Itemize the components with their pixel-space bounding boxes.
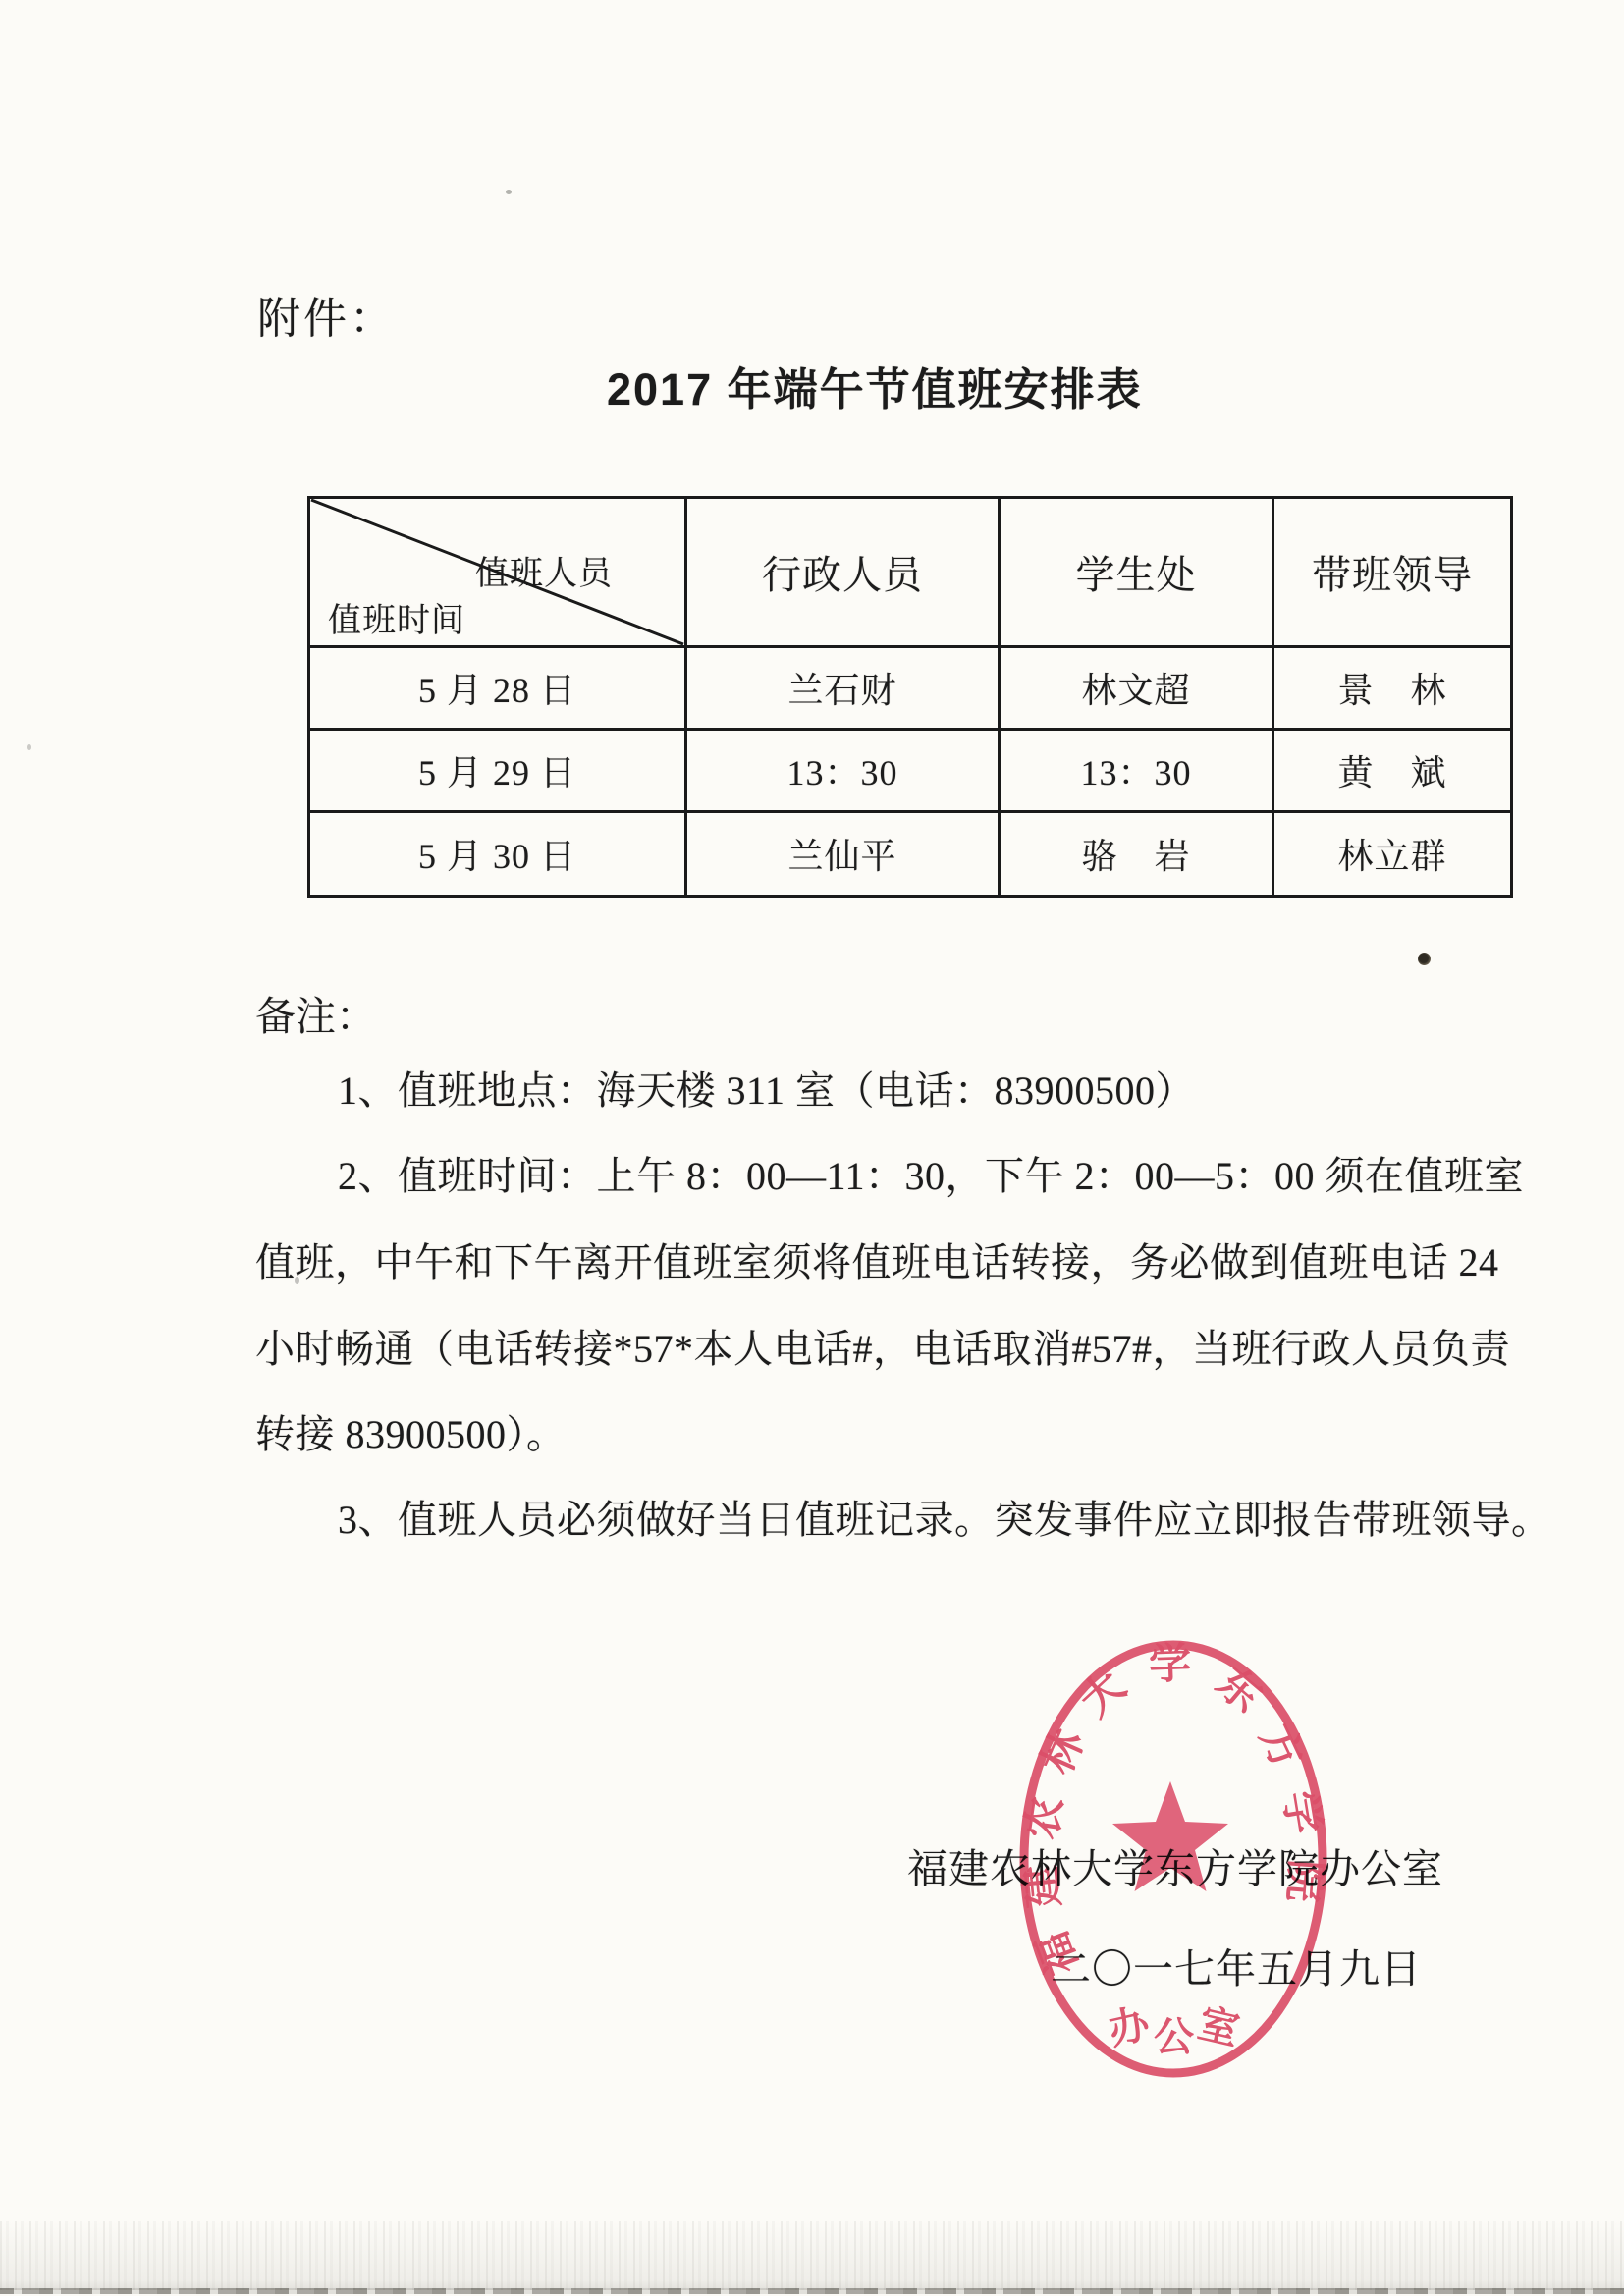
row2-leader-cell: 黄 斌: [1274, 731, 1510, 813]
duty-schedule-table: 值班人员 值班时间 行政人员 学生处 带班领导 5 月 28 日 兰石财 林文超…: [307, 496, 1513, 898]
corner-label-duty-staff: 值班人员: [475, 546, 613, 594]
row3-admin-cell: 兰仙平: [687, 813, 1001, 895]
scan-speck: [27, 744, 31, 750]
notes-label: 备注：: [255, 984, 376, 1042]
row3-leader-cell: 林立群: [1274, 813, 1510, 895]
row2-date-cell: 5 月 29 日: [310, 731, 687, 813]
row2-admin-cell: 13：30: [687, 731, 1001, 813]
row1-admin-cell: 兰石财: [687, 648, 1001, 731]
note-line-4: 小时畅通（电话转接*57*本人电话#，电话取消#57#，当班行政人员负责: [255, 1318, 1510, 1374]
corner-label-duty-time: 值班时间: [328, 593, 465, 641]
row3-date-cell: 5 月 30 日: [310, 813, 687, 895]
stamp-bottom-char-3: 室: [1194, 2000, 1243, 2053]
attachment-label: 附件：: [257, 283, 396, 346]
column-header-student-office: 学生处: [1001, 499, 1274, 648]
scan-speck: [295, 1277, 299, 1284]
document-page: 附件： 2017 年端午节值班安排表 值班人员 值班时间 行政人员 学生处 带班…: [0, 0, 1624, 2296]
note-line-1: 1、值班地点：海天楼 311 室（电话：83900500）: [338, 1060, 1195, 1116]
row1-student-cell: 林文超: [1001, 648, 1274, 731]
row1-leader-cell: 景 林: [1274, 648, 1510, 731]
page-title: 2017 年端午节值班安排表: [607, 354, 1143, 417]
stamp-star-icon: [1112, 1781, 1228, 1891]
note-line-2: 2、值班时间：上午 8：00—11：30，下午 2：00—5：00 须在值班室: [338, 1145, 1524, 1201]
official-stamp: 福建农林大学东方学院 办 公 室: [1006, 1628, 1340, 2090]
column-header-admin-staff: 行政人员: [687, 499, 1001, 648]
row2-student-cell: 13：30: [1001, 731, 1274, 813]
row3-student-cell: 骆 岩: [1001, 813, 1274, 895]
stamp-bottom-char-2: 公: [1154, 2014, 1194, 2059]
scan-bottom-edge: [0, 2288, 1624, 2294]
row1-date-cell: 5 月 28 日: [310, 648, 687, 731]
column-header-duty-leader: 带班领导: [1274, 499, 1510, 648]
note-line-3: 值班，中午和下午离开值班室须将值班电话转接，务必做到值班电话 24: [255, 1231, 1499, 1287]
table-corner-cell: 值班人员 值班时间: [310, 499, 687, 648]
stamp-bottom-char-1: 办: [1105, 1999, 1156, 2052]
note-line-6: 3、值班人员必须做好当日值班记录。突发事件应立即报告带班领导。: [338, 1489, 1551, 1545]
scan-noise-band: [0, 2221, 1624, 2290]
ink-dot-artifact: [1418, 953, 1431, 965]
note-line-5: 转接 83900500）。: [255, 1403, 567, 1459]
scan-speck: [506, 190, 512, 194]
